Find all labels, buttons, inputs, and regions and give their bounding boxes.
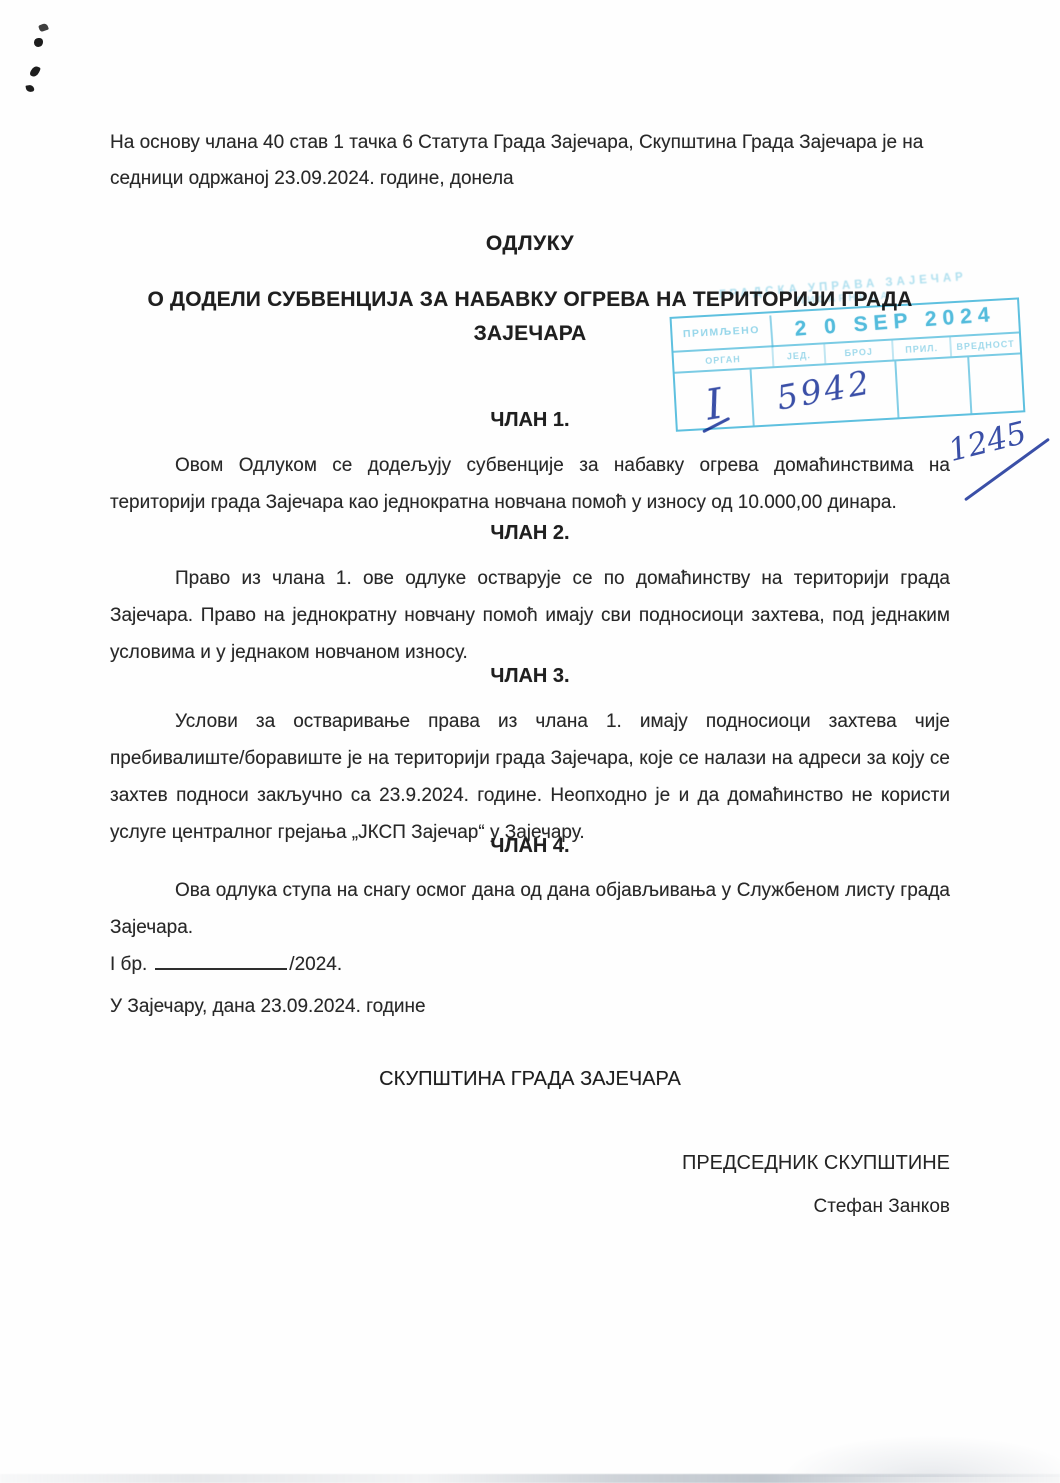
stamp-received-label: ПРИМЉЕНО (672, 313, 772, 350)
stamp-col-vrednost: ВРЕДНОСТ (949, 333, 1020, 356)
article-3-heading: ЧЛАН 3. (110, 665, 950, 688)
assembly-line: СКУПШТИНА ГРАДА ЗАЈЕЧАРА (110, 1068, 950, 1091)
number-blank-field (155, 956, 287, 970)
stamp-col-jed: ЈЕД. (771, 344, 824, 366)
signature-name: Стефан Занков (814, 1196, 950, 1218)
ink-speck (25, 84, 34, 92)
scanned-document-page: На основу члана 40 став 1 тачка 6 Статут… (0, 0, 1060, 1483)
article-4-heading: ЧЛАН 4. (110, 835, 950, 858)
article-1-body: Овом Одлуком се додељују субвенције за н… (110, 447, 950, 521)
scan-edge-noise (0, 1474, 1060, 1483)
ink-speck (38, 23, 49, 33)
receipt-stamp: ГРАДСКА УПРАВА ЗАЈЕЧАР ПИСАРНИЦА ПРИМЉЕН… (668, 270, 1025, 431)
stamp-table: ПРИМЉЕНО 2 0 SEP 2024 ОРГАН ЈЕД. БРОЈ ПР… (670, 297, 1026, 431)
stamp-col-prilog: ПРИЛ. (891, 337, 950, 359)
handwritten-case-number: 5942 (773, 362, 874, 417)
decree-word: ОДЛУКУ (110, 232, 950, 256)
stamp-col-broj: БРОЈ (823, 341, 892, 364)
article-3-body: Услови за остваривање права из члана 1. … (110, 703, 950, 851)
ink-speck (29, 65, 41, 78)
ink-speck (34, 38, 43, 47)
document-number-line: I бр./2024. (110, 946, 950, 983)
number-prefix: I бр. (110, 954, 147, 975)
number-suffix: /2024. (289, 954, 342, 975)
scan-smudge (780, 1435, 1060, 1477)
signature-title: ПРЕДСЕДНИК СКУПШТИНЕ (682, 1152, 950, 1175)
article-2-body: Право из члана 1. ове одлуке остварује с… (110, 560, 950, 671)
article-2-heading: ЧЛАН 2. (110, 522, 950, 545)
article-4-body: Ова одлука ступа на снагу осмог дана од … (110, 872, 950, 946)
place-date-line: У Зајечару, дана 23.09.2024. године (110, 988, 950, 1025)
intro-paragraph: На основу члана 40 став 1 тачка 6 Статут… (110, 125, 950, 197)
handwritten-organ-mark: I (702, 378, 726, 429)
